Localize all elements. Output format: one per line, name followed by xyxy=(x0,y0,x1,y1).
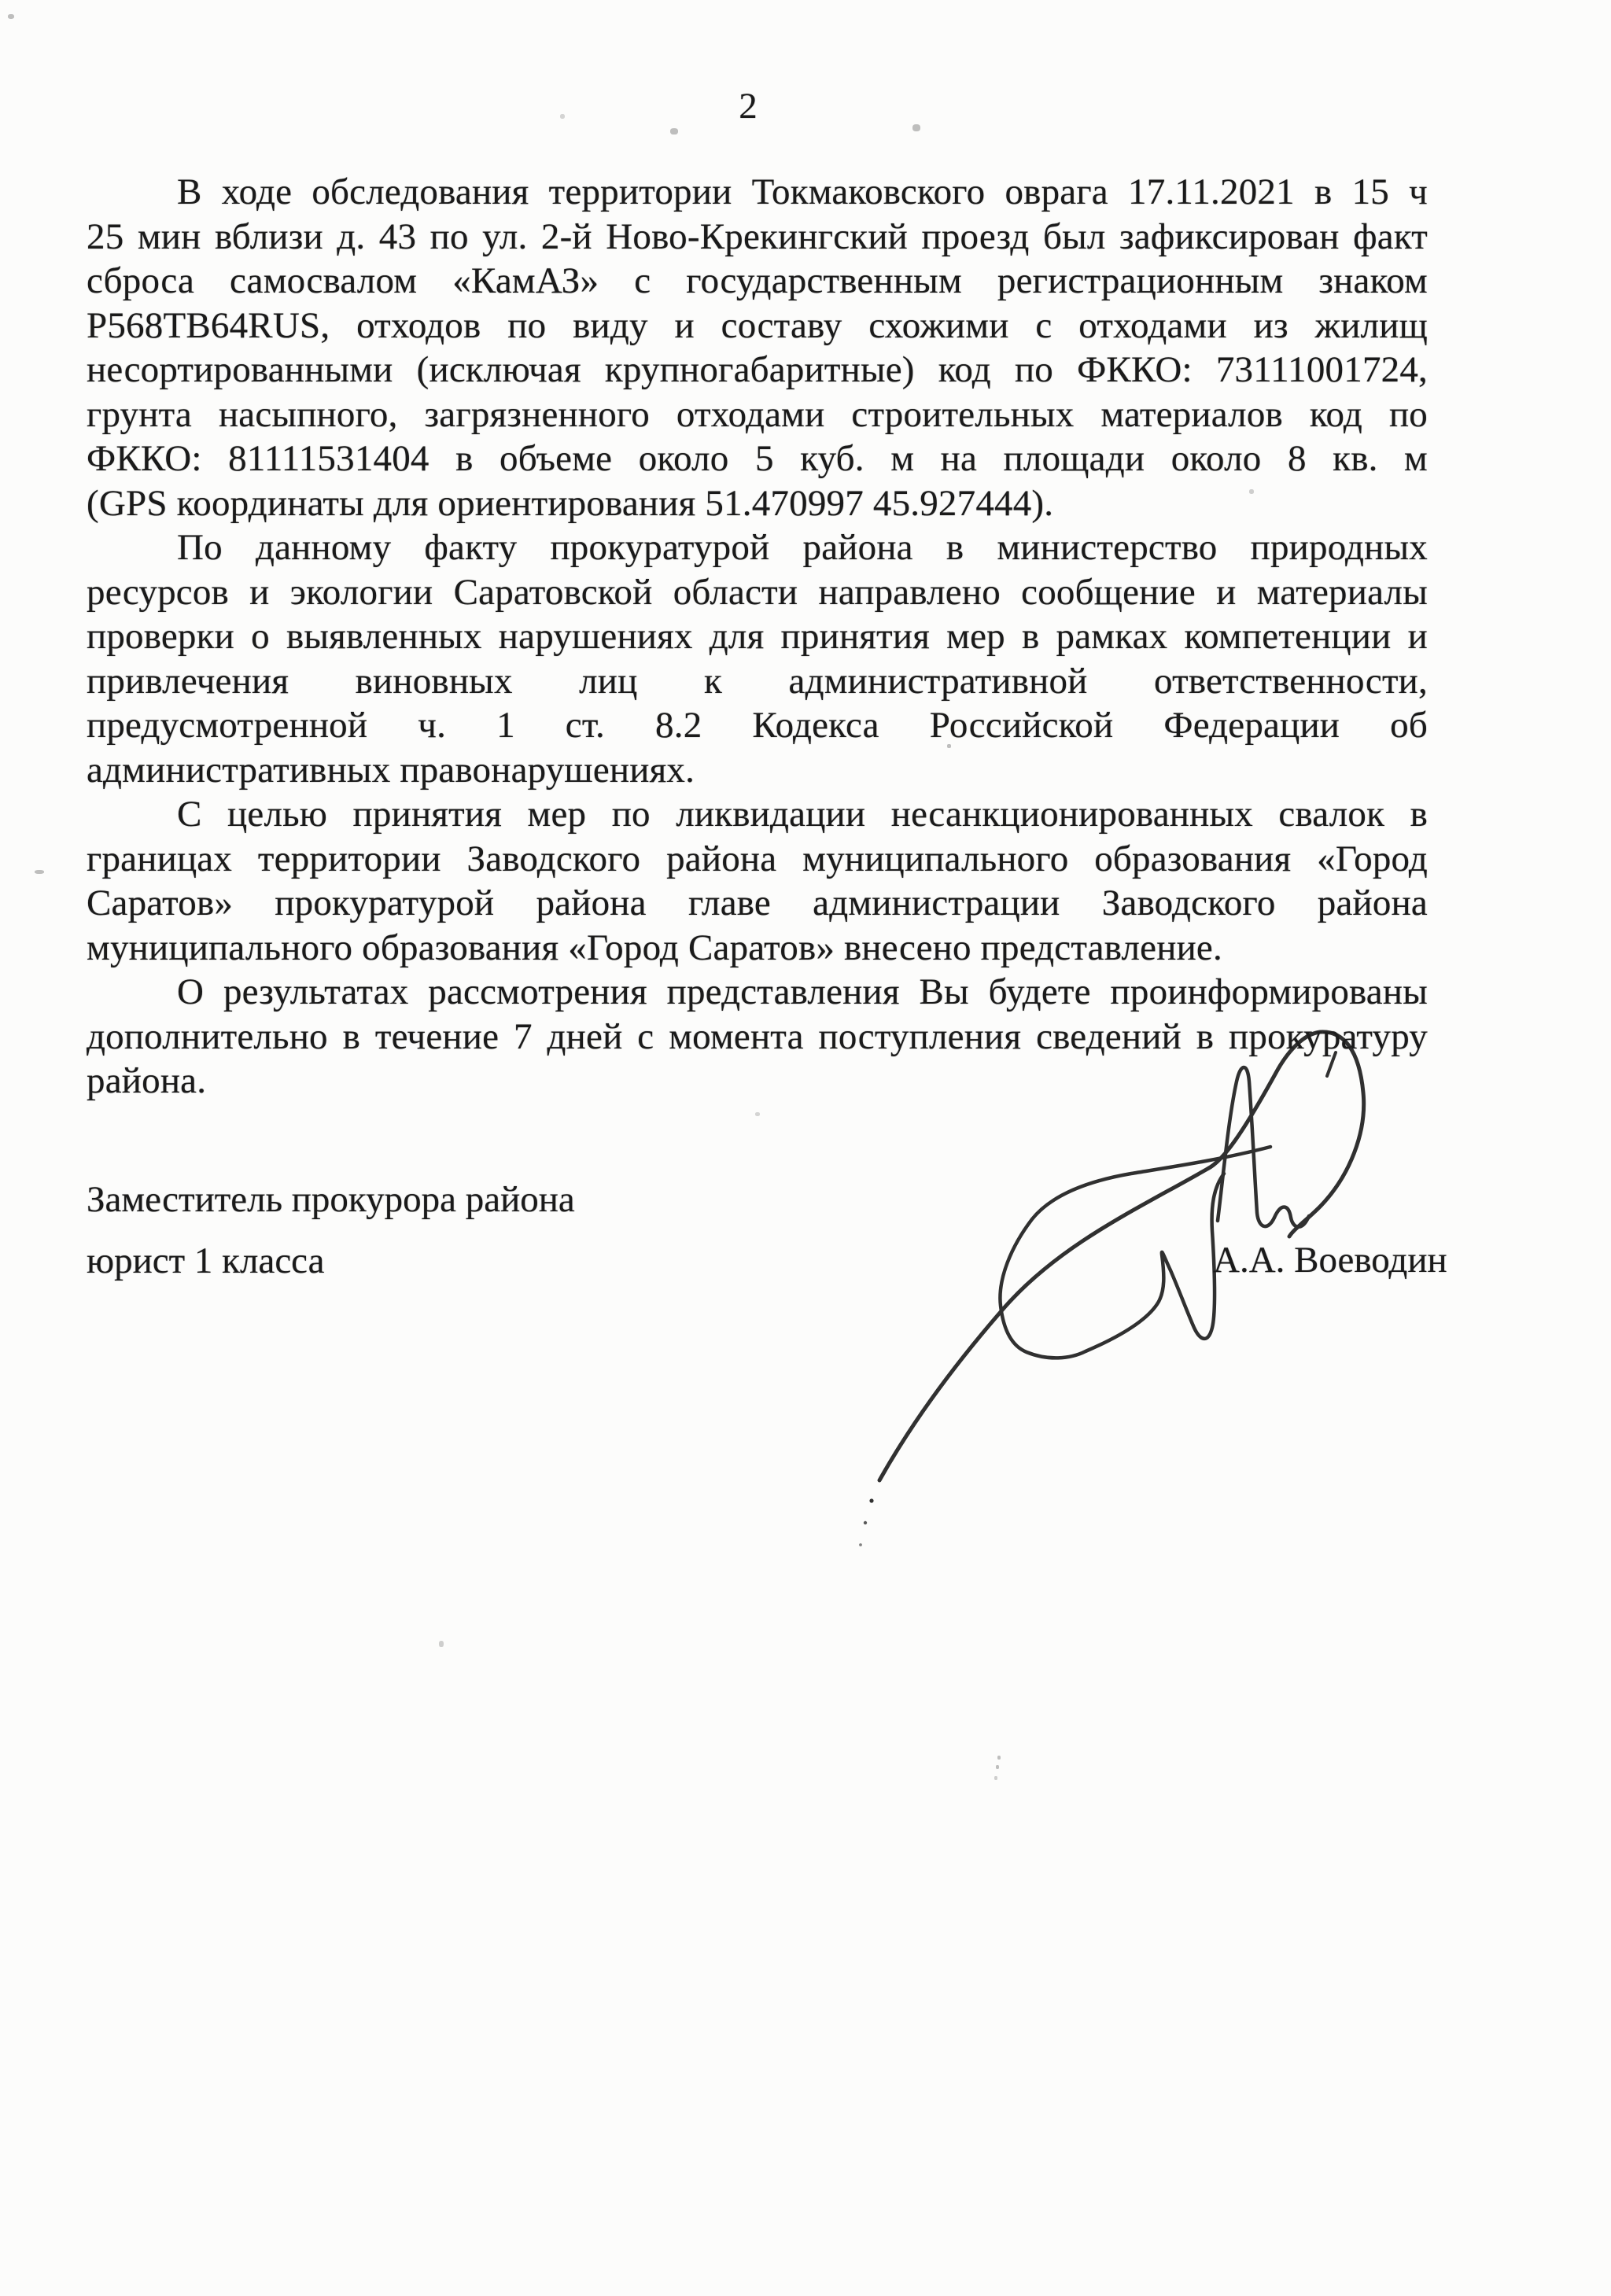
text-line: проверки о выявленных нарушениях для при… xyxy=(87,614,1428,659)
signer-position: Заместитель прокурора района юрист 1 кла… xyxy=(87,1169,575,1292)
scan-speck xyxy=(996,1765,999,1769)
scan-speck xyxy=(560,114,565,119)
document-body: В ходе обследования территории Токмаковс… xyxy=(87,170,1428,1104)
scan-speck xyxy=(1249,489,1254,494)
signer-name: А.А. Воеводин xyxy=(1213,1238,1447,1282)
text-line: несортированными (исключая крупногабарит… xyxy=(87,348,1428,392)
scanned-document-page: 2 В ходе обследования территории Токмако… xyxy=(0,0,1611,2296)
text-line: С целью принятия мер по ликвидации несан… xyxy=(87,792,1428,837)
signer-position-line1: Заместитель прокурора района xyxy=(87,1169,575,1230)
text-line: 25 мин вблизи д. 43 по ул. 2-й Ново-Крек… xyxy=(87,215,1428,260)
scan-speck xyxy=(439,1641,444,1647)
scan-speck xyxy=(35,870,44,874)
text-line: (GPS координаты для ориентирования 51.47… xyxy=(87,481,1428,526)
scan-speck xyxy=(755,1112,760,1116)
page-number: 2 xyxy=(713,85,783,127)
text-line: муниципального образования «Город Сарато… xyxy=(87,926,1428,971)
scan-speck xyxy=(912,124,920,131)
text-line: ФККО: 81111531404 в объеме около 5 куб. … xyxy=(87,437,1428,481)
text-line: ресурсов и экологии Саратовской области … xyxy=(87,570,1428,615)
text-line: границах территории Заводского района му… xyxy=(87,837,1428,882)
scan-speck xyxy=(670,128,678,135)
text-line: привлечения виновных лиц к административ… xyxy=(87,659,1428,704)
text-line: сброса самосвалом «КамАЗ» с государствен… xyxy=(87,259,1428,304)
text-line: грунта насыпного, загрязненного отходами… xyxy=(87,392,1428,437)
scan-speck xyxy=(997,1756,1001,1760)
text-line: Р568ТВ64RUS, отходов по виду и составу с… xyxy=(87,304,1428,348)
text-line: Саратов» прокуратурой района главе админ… xyxy=(87,881,1428,926)
signature-icon xyxy=(826,1007,1424,1557)
text-line: По данному факту прокуратурой района в м… xyxy=(87,525,1428,570)
signer-position-line2: юрист 1 класса xyxy=(87,1230,575,1292)
scan-speck xyxy=(8,14,14,19)
text-line: В ходе обследования территории Токмаковс… xyxy=(87,170,1428,215)
text-line: предусмотренной ч. 1 ст. 8.2 Кодекса Рос… xyxy=(87,703,1428,748)
scan-speck xyxy=(947,744,951,748)
text-line: административных правонарушениях. xyxy=(87,748,1428,793)
scan-speck xyxy=(994,1776,997,1780)
